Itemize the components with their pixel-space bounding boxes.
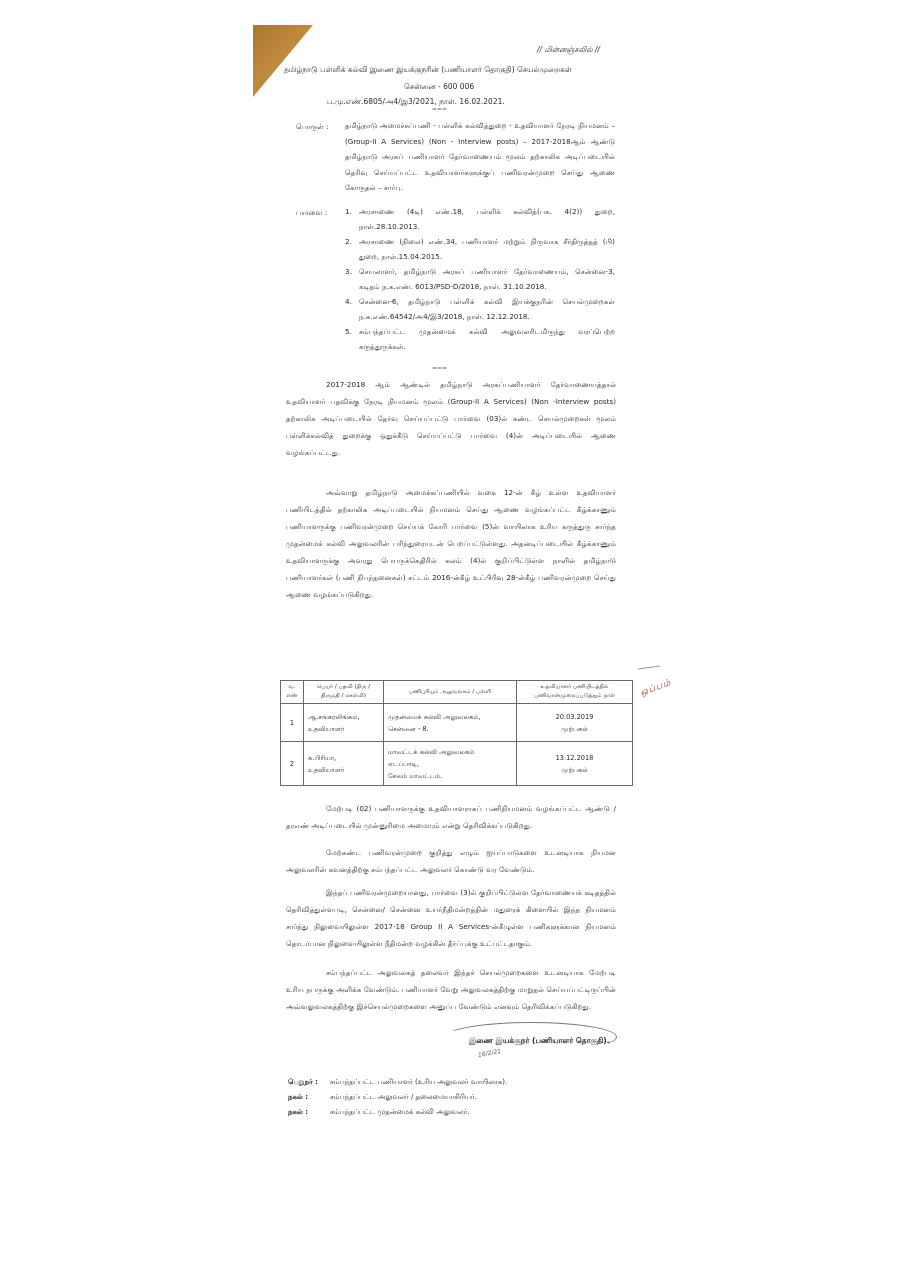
- cell-office: முதன்மைக் கல்வி அலுவலகம்,சென்னை - 8.: [384, 704, 517, 742]
- closing-paragraph-4: சம்பந்தப்பட்ட அலுவலகத் தலைவர் இந்தச் செய…: [286, 964, 616, 1015]
- copy-line: நகல் :சம்பந்தப்பட்ட முதன்மைக் கல்வி அலுவ…: [288, 1107, 470, 1118]
- copy-mark: // மின்னஞ்சலில் //: [537, 44, 600, 55]
- subject-text: தமிழ்நாடு அமைச்சுப்பணி - பள்ளிக் கல்வித்…: [345, 118, 615, 196]
- cell-date: 20.03.2019முற்பகல்: [517, 704, 633, 742]
- signature-initial: 16/2/21: [478, 1048, 502, 1059]
- col-header-office: பணிபுரியும் அலுவலகம் / பள்ளி: [384, 681, 517, 704]
- subject-body: தமிழ்நாடு அமைச்சுப்பணி - பள்ளிக் கல்வித்…: [345, 118, 615, 196]
- reference-item: 4.சென்னை-6, தமிழ்நாடு பள்ளிக் கல்வி இயக்…: [345, 295, 615, 324]
- body-paragraph-2: அவ்வாறு தமிழ்நாடு அமைச்சுப்பணியில் வகை 1…: [286, 484, 616, 603]
- closing-paragraph-2: மேற்கண்ட பணிவரன்முறை குறித்து எழும் ஐயப்…: [286, 844, 616, 878]
- reference-item: 3.செயலாளர், தமிழ்நாடு அரசுப் பணியாளர் தே…: [345, 265, 615, 294]
- cell-sno: 1: [281, 704, 304, 742]
- pen-mark: [638, 665, 660, 670]
- cell-name: ஆ.சங்கரலிங்கம்,உதவியாளர்: [304, 704, 384, 742]
- recipient-line: பெறுநர் :சம்பந்தப்பட்ட பணியாளர் (உரிய அல…: [288, 1077, 507, 1088]
- reference-item: 1.அரசாணை (4டி) எண்.18, பள்ளிக் கல்வித்(ப…: [345, 205, 615, 234]
- office-city: சென்னை - 600 006: [404, 81, 474, 92]
- col-header-sno: வ. எண்: [281, 681, 304, 704]
- col-header-date: உதவியாளர் பணியிடத்தில் பணிவரன்முறைப்படுத…: [517, 681, 633, 704]
- body-paragraph-1: 2017-2018 ஆம் ஆண்டில் தமிழ்நாடு அரசுப்பண…: [286, 376, 616, 461]
- closing-paragraph-1: மேற்படி (02) பணியாளருக்கு உதவியாளராகப் ப…: [286, 800, 616, 834]
- table-row: 1 ஆ.சங்கரலிங்கம்,உதவியாளர் முதன்மைக் கல்…: [281, 704, 633, 742]
- table-row: 2 க.பிரியா,உதவியாளர் மாவட்டக் கல்வி அலுவ…: [281, 742, 633, 786]
- table-header-row: வ. எண் பெயர் / பதவி (திரு / திருமதி / செ…: [281, 681, 633, 704]
- separator: ===: [432, 106, 447, 113]
- references-label: பார்வை :: [296, 208, 327, 218]
- paper-fold-corner: [253, 25, 313, 97]
- references-list: 1.அரசாணை (4டி) எண்.18, பள்ளிக் கல்வித்(ப…: [345, 205, 615, 355]
- employee-table: வ. எண் பெயர் / பதவி (திரு / திருமதி / செ…: [280, 680, 633, 786]
- subject-label: பொருள் :: [296, 122, 329, 132]
- cell-date: 13.12.2018முற்பகல்: [517, 742, 633, 786]
- cell-name: க.பிரியா,உதவியாளர்: [304, 742, 384, 786]
- signature-designation: இணை இயக்குநர் (பணியாளர் தொகுதி).: [469, 1036, 610, 1046]
- reference-item: 5.சம்பந்தப்பட்ட முதன்மைக் கல்வி அலுவலரிட…: [345, 325, 615, 354]
- cell-office: மாவட்டக் கல்வி அலுவலகம்எடப்பாடி,சேலம் மா…: [384, 742, 517, 786]
- closing-paragraph-3: இந்தப் பணிவரன்முறையானது, பார்வை (3)ல் கு…: [286, 884, 616, 952]
- office-title: தமிழ்நாடு பள்ளிக் கல்வி இணை இயக்குநரின் …: [284, 64, 572, 75]
- reference-item: 2.அரசாணை (நிலை) எண்.34, பணியாளர் மற்றும்…: [345, 235, 615, 264]
- reference-number: ப.மு.எண்.6805/அ4/இ3/2021, நாள். 16.02.20…: [327, 96, 505, 107]
- red-initial-mark: ஒப்பம்: [639, 678, 673, 699]
- col-header-name: பெயர் / பதவி (திரு / திருமதி / செல்வி): [304, 681, 384, 704]
- copy-line: நகல் :சம்பந்தப்பட்ட அலுவலர் / தலைமையாசிர…: [288, 1092, 477, 1103]
- separator: ===: [432, 365, 447, 372]
- cell-sno: 2: [281, 742, 304, 786]
